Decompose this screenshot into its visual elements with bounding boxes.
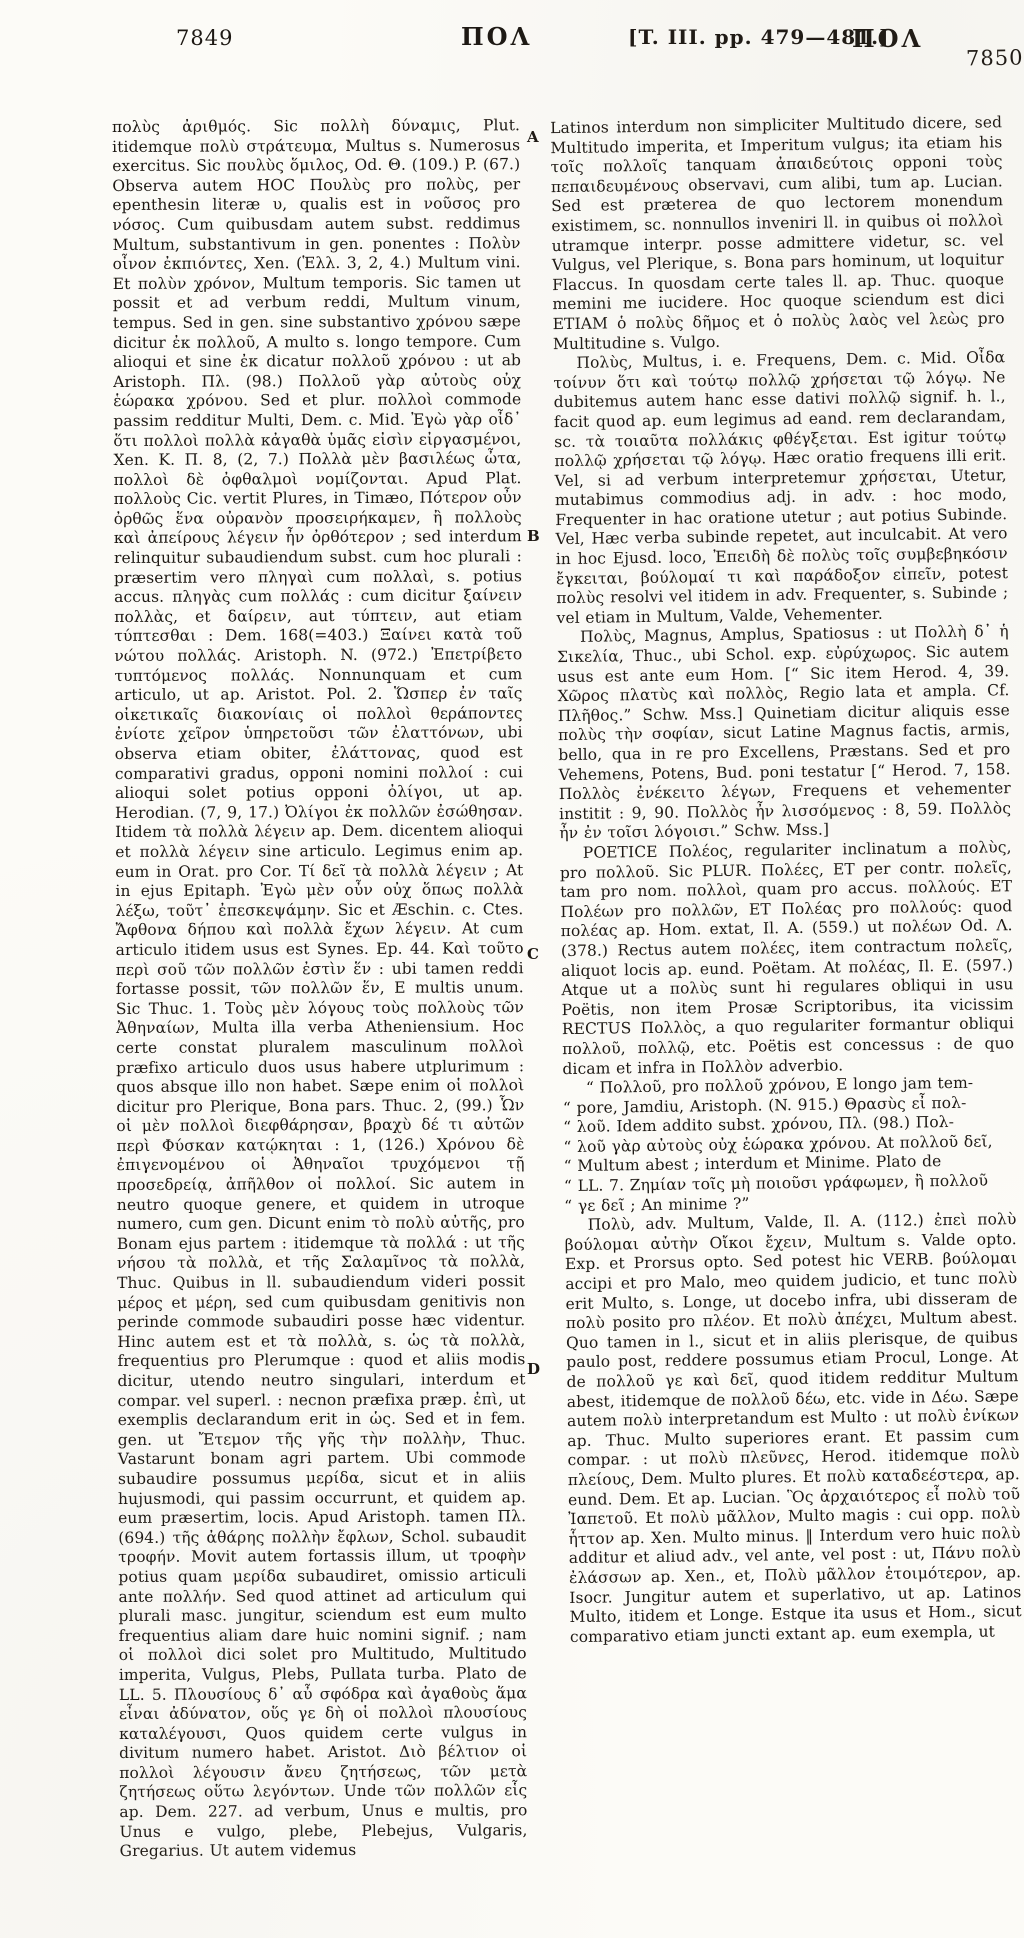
left-running-title: ΠΟΛ [461,22,532,51]
left-page-number: 7849 [176,26,233,50]
column-right: Latinos interdum non simpliciter Multitu… [550,113,1024,1863]
right-running-title: ΠΟΛ [852,24,923,53]
right-column-paragraph: Πολὺ, adv. Multum, Valde, Il. Α. (112.) … [564,1210,1022,1647]
left-column-paragraph: πολὺς ἀριθμός. Sic πολλὴ δύναμις, Plut. … [112,116,528,1862]
column-left: πολὺς ἀριθμός. Sic πολλὴ δύναμις, Plut. … [112,116,528,1862]
page-header: 7849 ΠΟΛ [T. III. pp. 479—481.] ΠΟΛ 7850 [0,0,1024,118]
right-column-paragraph: Πολὺς, Multus, i. e. Frequens, Dem. c. M… [553,348,1009,628]
right-column-paragraph: “ Πολλοῦ, pro πολλοῦ χρόνου, E longo jam… [563,1073,1017,1216]
margin-letter-d: D [527,1360,540,1378]
scanned-lexicon-page: 7849 ΠΟΛ [T. III. pp. 479—481.] ΠΟΛ 7850… [0,0,1024,1938]
right-column-paragraph: Πολὺς, Magnus, Amplus, Spatiosus : ut Πο… [557,623,1012,844]
volume-page-reference: [T. III. pp. 479—481.] [628,25,890,49]
gutter-markers: ABCD [520,118,550,1862]
right-column-paragraph: POETICE Πολέος, regulariter inclinatum a… [559,838,1014,1079]
right-page-number: 7850 [966,46,1024,71]
right-column-paragraph: Latinos interdum non simpliciter Multitu… [550,113,1005,354]
margin-letter-a: A [527,128,539,146]
margin-letter-b: B [527,527,540,545]
margin-letter-c: C [527,945,539,963]
text-block: πολὺς ἀριθμός. Sic πολλὴ δύναμις, Plut. … [0,118,1024,1862]
